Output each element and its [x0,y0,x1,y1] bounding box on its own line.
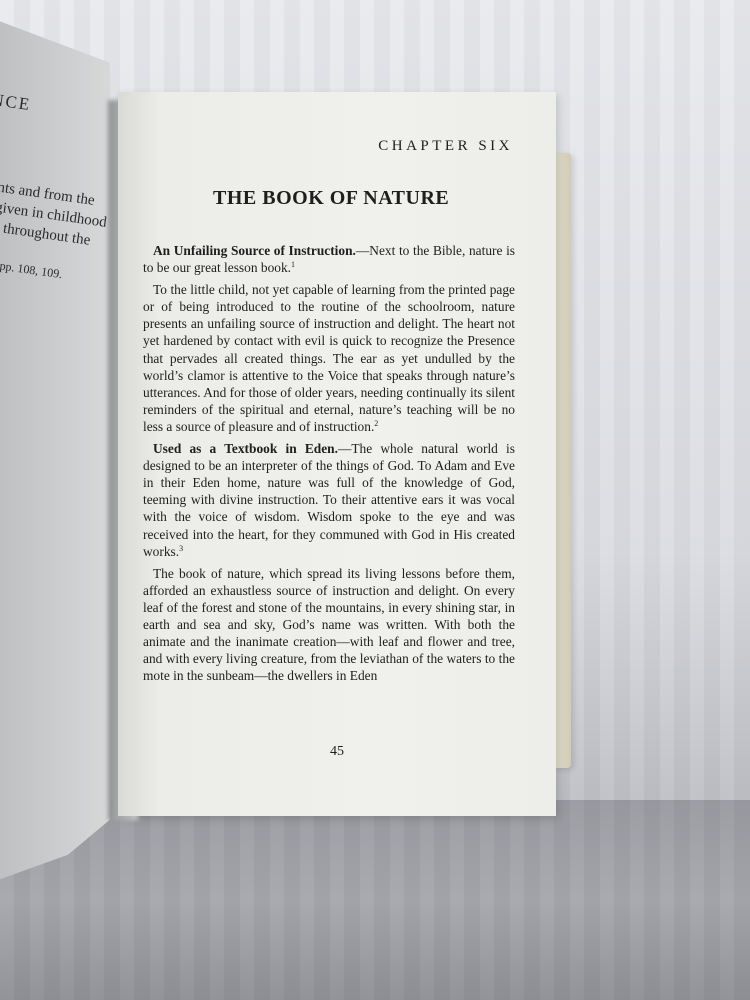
left-page: NCE arents and from the on given in chil… [0,10,110,890]
page-number: 45 [118,744,556,760]
right-page: CHAPTER SIX THE BOOK OF NATURE An Unfail… [118,92,556,816]
paragraph: The book of nature, which spread its liv… [143,565,515,685]
footnote-ref: 1 [291,260,295,269]
chapter-label: CHAPTER SIX [378,138,513,155]
left-footnote: dents, pp. 108, 109. [0,254,63,282]
paragraph: An Unfailing Source of Instruction.—Next… [143,242,515,276]
page-body: An Unfailing Source of Instruction.—Next… [143,242,515,689]
left-running-head: NCE [0,90,32,115]
book-shadow [0,800,750,1000]
section-heading: Used as a Textbook in Eden. [153,441,338,456]
section-heading: An Unfailing Source of Instruction. [153,243,356,258]
paragraph: Used as a Textbook in Eden.—The whole na… [143,440,515,560]
footnote-ref: 3 [179,544,183,553]
chapter-title: THE BOOK OF NATURE [213,187,449,210]
paragraph: To the little child, not yet capable of … [143,281,515,435]
footnote-ref: 2 [374,419,378,428]
